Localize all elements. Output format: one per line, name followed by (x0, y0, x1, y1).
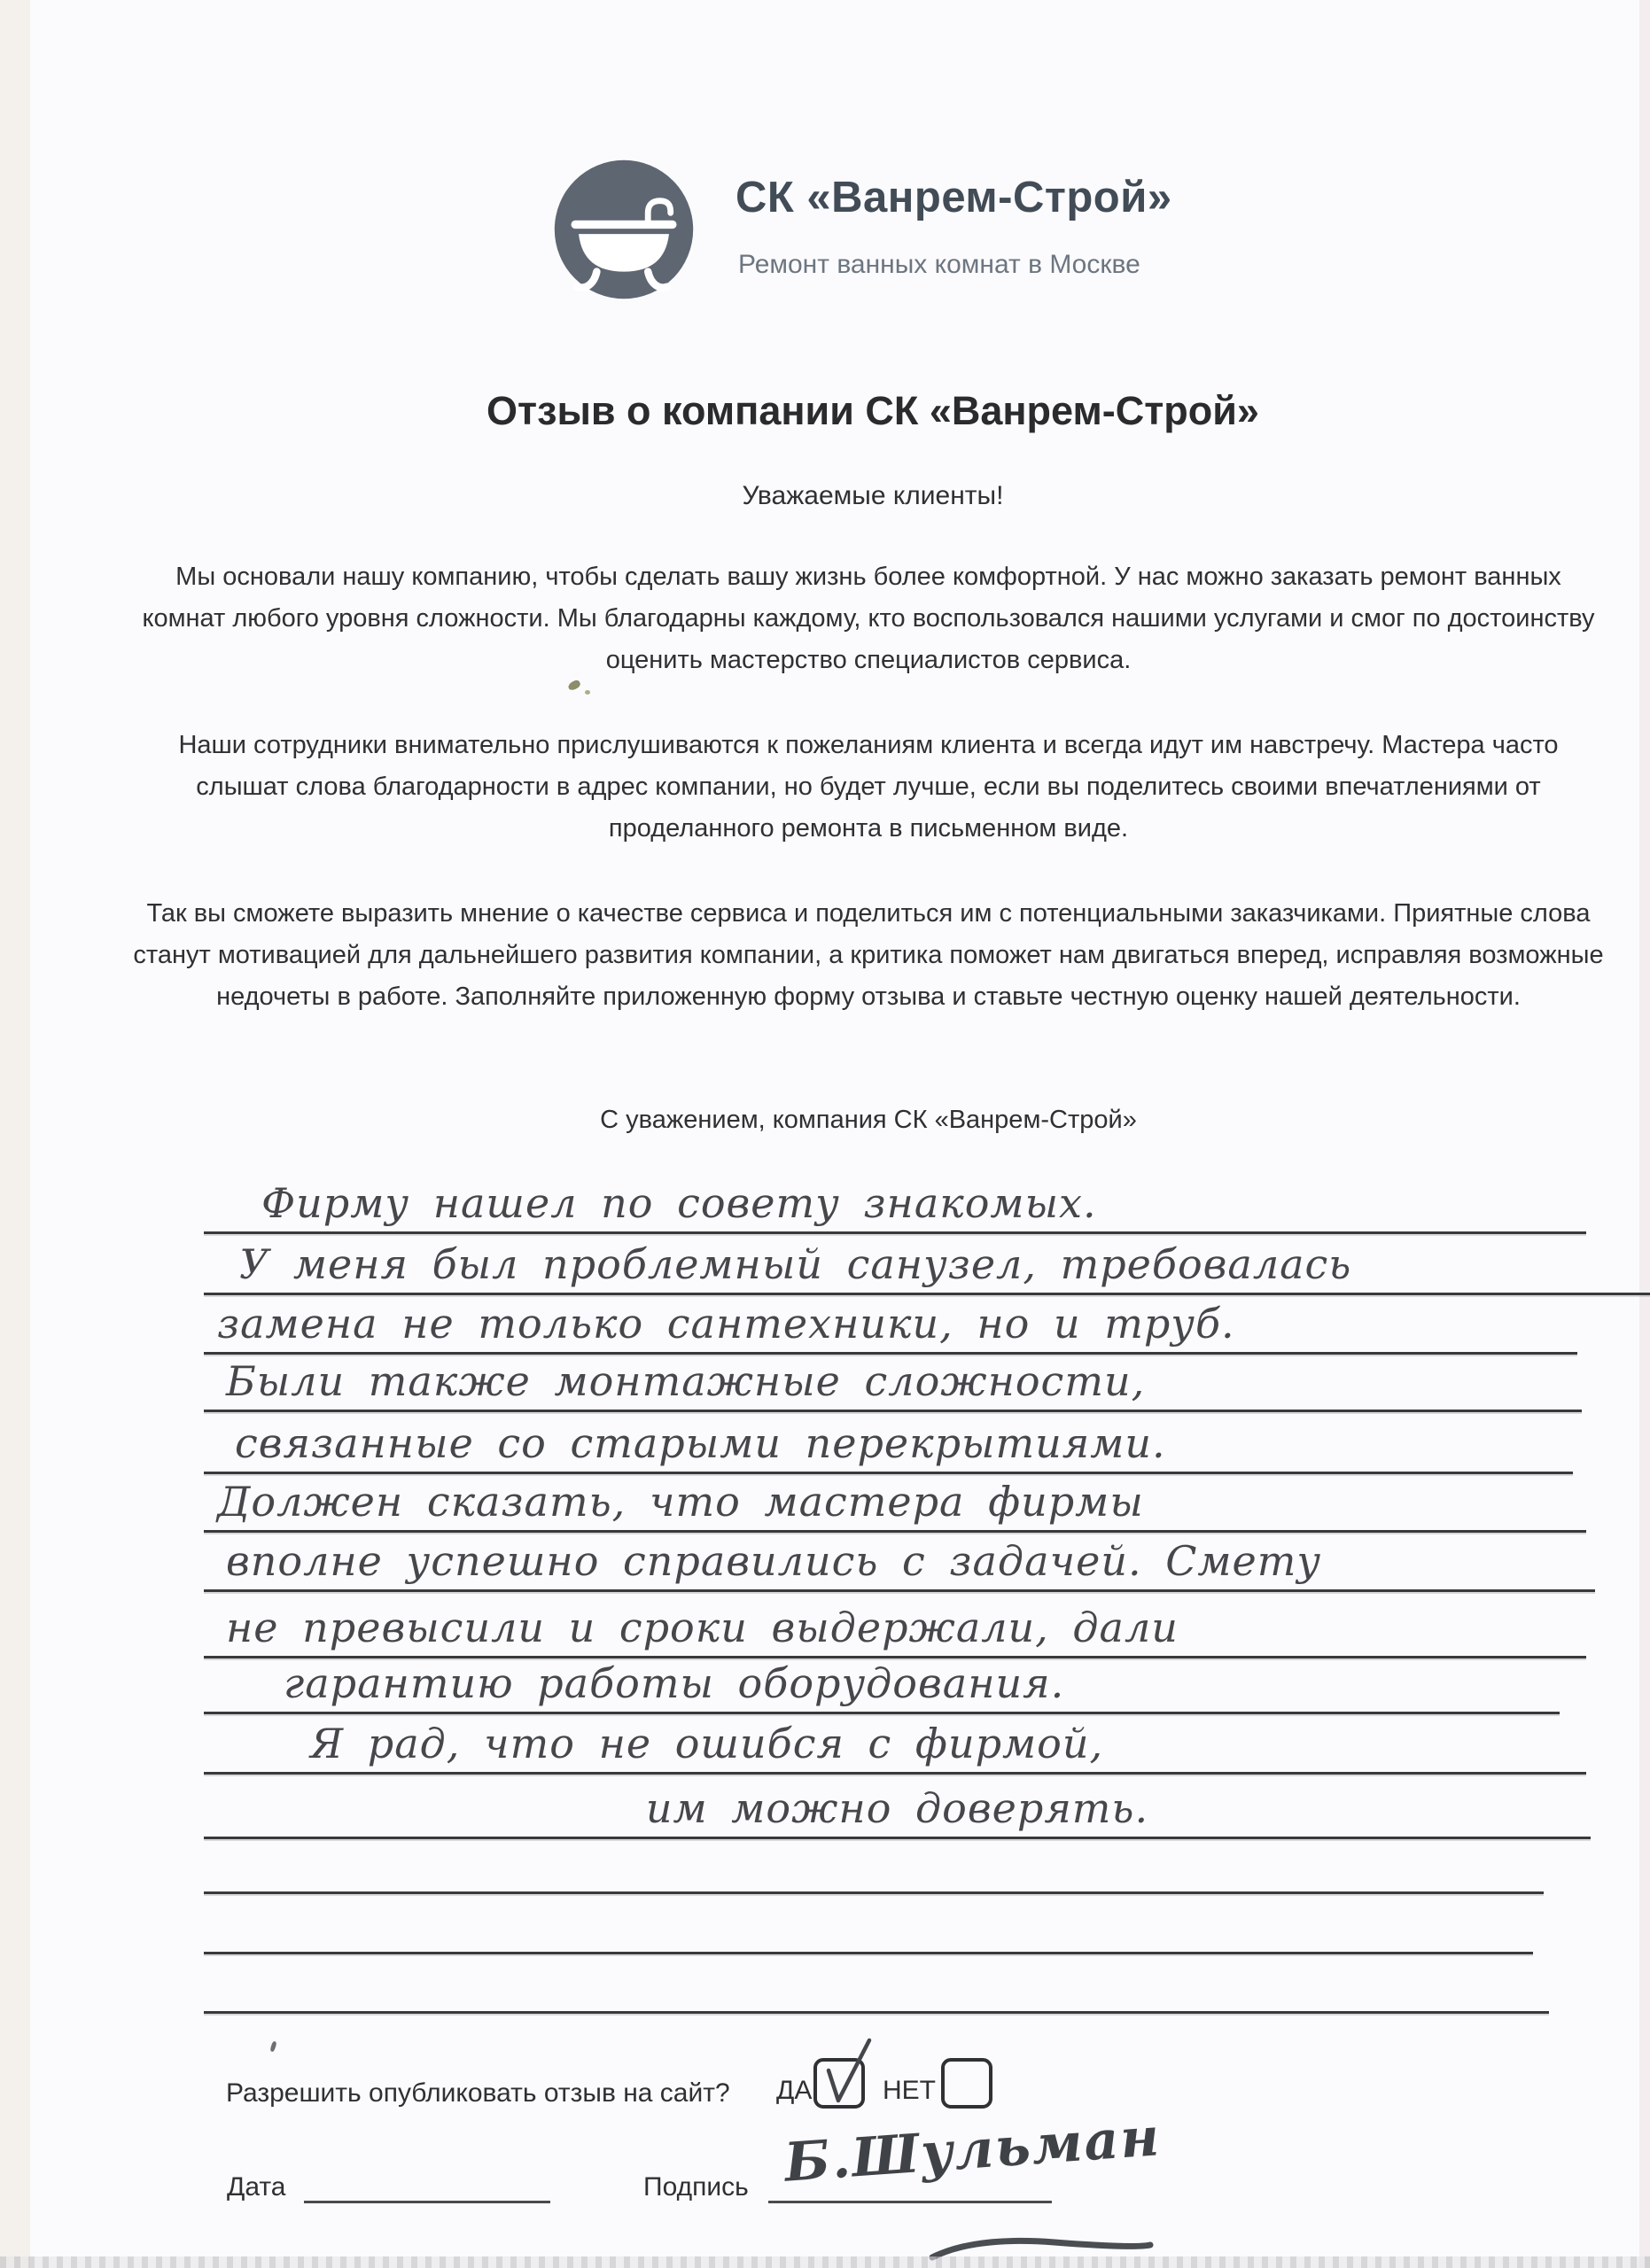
review-line: гарантию работы оборудования. (204, 1655, 1560, 1714)
signature-label: Подпись (643, 2172, 749, 2202)
check-mark (802, 2024, 891, 2117)
scan-speck (585, 690, 590, 695)
handwritten-text: замена не только сантехники, но и труб. (217, 1300, 1235, 1348)
date-field[interactable] (304, 2162, 550, 2203)
scan-edge-left (0, 0, 30, 2268)
handwritten-text: Должен сказать, что мастера фирмы (217, 1478, 1144, 1526)
scan-edge-right (1639, 0, 1650, 2268)
date-label: Дата (227, 2172, 285, 2202)
review-line: Должен сказать, что мастера фирмы (204, 1473, 1586, 1533)
brand-name: СК «Ванрем-Строй» (735, 173, 1172, 222)
handwritten-text: не превысили и сроки выдержали, дали (226, 1604, 1179, 1651)
handwritten-text: связанные со старыми перекрытиями. (235, 1419, 1166, 1467)
handwritten-text: Фирму нашел по совету знакомых. (261, 1179, 1097, 1227)
handwritten-signature: Б.Шульман (782, 2106, 1163, 2194)
review-line: Я рад, что не ошибся с фирмой, (204, 1715, 1586, 1775)
review-line-empty[interactable] (204, 1835, 1544, 1894)
handwritten-text: гарантию работы оборудования. (284, 1659, 1064, 1707)
review-line: связанные со старыми перекрытиями. (204, 1415, 1573, 1474)
intro-paragraph-2: Наши сотрудники внимательно прислушивают… (133, 725, 1604, 850)
review-line: замена не только сантехники, но и труб. (204, 1295, 1577, 1355)
no-label: НЕТ (883, 2076, 936, 2106)
closing-line: С уважением, компания СК «Ванрем-Строй» (133, 1106, 1604, 1135)
brand-tagline: Ремонт ванных комнат в Москве (738, 250, 1140, 280)
review-line: Фирму нашел по совету знакомых. (204, 1175, 1586, 1234)
review-line-empty[interactable] (204, 1954, 1549, 2014)
review-line: им можно доверять. (204, 1780, 1591, 1839)
bathtub-icon (548, 154, 700, 305)
review-line-empty[interactable] (204, 1895, 1533, 1954)
handwritten-text: У меня был проблемный санузел, требовала… (239, 1240, 1351, 1288)
review-line: не превысили и сроки выдержали, дали (204, 1599, 1586, 1658)
scan-speck (269, 2041, 276, 2053)
intro-paragraph-3: Так вы сможете выразить мнение о качеств… (133, 893, 1604, 1018)
handwritten-text: Были также монтажные сложности, (226, 1357, 1145, 1405)
page-title: Отзыв о компании СК «Ванрем-Строй» (146, 388, 1599, 434)
intro-paragraph-1: Мы основали нашу компанию, чтобы сделать… (133, 556, 1604, 681)
handwritten-text: Я рад, что не ошибся с фирмой, (310, 1720, 1103, 1767)
no-checkbox[interactable] (941, 2058, 992, 2109)
review-line: вполне успешно справились с задачей. Сме… (204, 1533, 1595, 1592)
review-line: У меня был проблемный санузел, требовала… (204, 1236, 1650, 1295)
publish-question-label: Разрешить опубликовать отзыв на сайт? (226, 2078, 730, 2109)
salutation: Уважаемые клиенты! (146, 481, 1599, 511)
company-logo (548, 154, 700, 305)
scanned-review-form: СК «Ванрем-Строй» Ремонт ванных комнат в… (0, 0, 1650, 2268)
review-line: Были также монтажные сложности, (204, 1353, 1582, 1412)
scan-edge-bottom (0, 2256, 1650, 2268)
handwritten-text: вполне успешно справились с задачей. Сме… (226, 1537, 1321, 1585)
handwritten-text: им можно доверять. (204, 1784, 1591, 1832)
